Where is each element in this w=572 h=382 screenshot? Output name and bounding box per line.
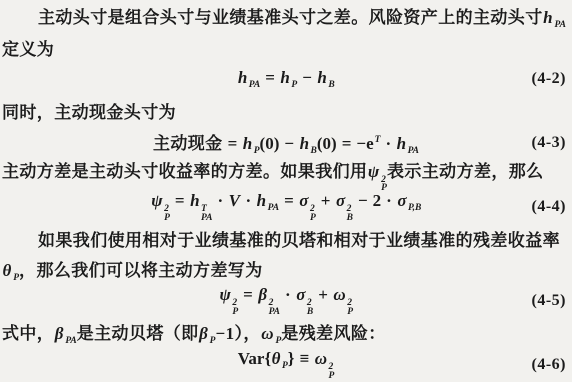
math-token: σ2B [296, 285, 314, 316]
math-token: βP [199, 324, 216, 346]
token-value: ψ [367, 162, 380, 181]
token-value: β [199, 324, 209, 343]
token-value: · [386, 191, 392, 210]
math-token: · [285, 285, 291, 305]
math-token: hB [299, 134, 317, 156]
math-token: Var [238, 349, 265, 369]
math-token: · [246, 191, 252, 211]
subscript: PA [201, 214, 212, 223]
text-line: 同时，主动现金头寸为 [2, 95, 570, 126]
supsub-stack: TPA [201, 205, 212, 222]
equation-body: 主动现金=hP(0)−hB(0)=−eT·hPA [153, 129, 419, 156]
token-value: 定义为 [2, 40, 54, 59]
text-run: 主动头寸是组合头寸与业绩基准头寸之差。风险资产上的主动头寸 [38, 3, 543, 28]
token-value: h [190, 191, 200, 210]
math-token: hPA [256, 191, 279, 213]
text-line-content: 同时，主动现金头寸为 [2, 98, 176, 123]
token-value: ，那么我们可以将主动方差写为 [19, 261, 263, 280]
equation-number: (4-4) [532, 198, 566, 216]
token-value: 2 [373, 191, 382, 210]
token-value: e [366, 134, 374, 153]
text-run: 同时，主动现金头寸为 [2, 98, 176, 123]
token-value: σ [397, 191, 407, 210]
subscript: B [328, 80, 334, 90]
token-value: σ [335, 191, 345, 210]
math-token: − [356, 134, 366, 154]
math-token: · [217, 191, 223, 211]
token-value: θ [2, 261, 12, 280]
text-line-content: θP，那么我们可以将主动方差写为 [2, 256, 263, 283]
token-value: − [358, 191, 368, 210]
text-run: 主动方差是主动头寸收益率的方差。如果我们用 [2, 157, 367, 182]
math-token: hP [280, 68, 297, 90]
token-value: ）， [234, 324, 260, 343]
text-line-content: 主动方差是主动头寸收益率的方差。如果我们用ψ2P 表示主动方差，那么 [2, 157, 544, 193]
token-value: h [299, 134, 309, 153]
text-run: 是残差风险： [281, 319, 385, 344]
text-line-content: 主动头寸是组合头寸与业绩基准头寸之差。风险资产上的主动头寸 hPA [2, 3, 566, 30]
subscript: P [310, 214, 316, 223]
math-token: = [342, 134, 352, 154]
token-value: · [217, 191, 223, 210]
subscript: P [291, 80, 297, 90]
token-value: σ [299, 191, 309, 210]
token-value: h [317, 68, 327, 87]
math-token: } [288, 349, 295, 369]
token-value: ω [333, 285, 346, 304]
equation-number: (4-5) [532, 292, 566, 310]
math-token: σ2B [335, 191, 353, 222]
token-value: ψ [151, 191, 163, 210]
math-token: · [385, 134, 391, 154]
math-token: = [265, 68, 275, 88]
subscript: B [347, 214, 353, 223]
math-token: 2 [373, 191, 382, 211]
supsub-stack: 2PA [269, 299, 280, 316]
text-run: ，那么我们可以将主动方差写为 [19, 256, 263, 281]
token-value: ω [314, 349, 327, 368]
subscript: P,B [408, 203, 421, 213]
math-token: −1 [215, 324, 234, 344]
math-token: − [302, 68, 312, 88]
math-token: hB [317, 68, 335, 90]
math-token: ω2P [314, 349, 334, 380]
token-value: σ [296, 285, 306, 304]
token-value: + [321, 191, 331, 210]
text-line: 主动方差是主动头寸收益率的方差。如果我们用ψ2P 表示主动方差，那么 [2, 159, 570, 190]
math-token: + [321, 191, 331, 211]
equation-number: (4-6) [532, 356, 566, 374]
math-token: − [358, 191, 368, 211]
text-run: 定义为 [2, 35, 54, 60]
token-value: (0) [260, 134, 280, 153]
token-value: · [285, 285, 291, 304]
equation-row: ψ2P=hTPA·V·hPA=σ2P+σ2B−2·σP,B(4-4) [2, 190, 570, 223]
token-value: −1 [215, 324, 234, 343]
token-value: h [396, 134, 406, 153]
equation-row: 主动现金=hP(0)−hB(0)=−eT·hPA(4-3) [2, 126, 570, 159]
math-token: ωP [261, 324, 282, 346]
token-value: ≡ [300, 349, 310, 368]
token-value: h [256, 191, 266, 210]
math-token: hP [242, 134, 259, 156]
math-token: − [284, 134, 294, 154]
equation-row: Var{θP}≡ω2P(4-6) [2, 348, 570, 381]
token-value: = [175, 191, 185, 210]
text-run: 式中， [2, 319, 54, 344]
token-value: = [228, 134, 238, 153]
math-token: (0) [260, 134, 280, 154]
token-value: = [342, 134, 352, 153]
text-run: ）， [234, 319, 260, 344]
supsub-stack: 2P [232, 299, 238, 316]
token-value: + [318, 285, 328, 304]
text-line-content: 式中，βPA是主动贝塔（即βP −1），ωP 是残差风险： [2, 319, 386, 346]
subscript: PA [249, 80, 260, 90]
math-token: ψ2P [219, 285, 238, 316]
supsub-stack: 2P [347, 299, 353, 316]
token-value: = [243, 285, 253, 304]
text-run: 如果我们使用相对于业绩基准的贝塔和相对于业绩基准的残差收益率 [38, 226, 560, 251]
token-value: 同时，主动现金头寸为 [2, 103, 176, 122]
subscript: P [328, 372, 334, 381]
token-value: V [228, 191, 240, 210]
math-token: θP [271, 349, 288, 371]
supsub-stack: 2P [310, 205, 316, 222]
math-token: ψ2P [151, 191, 170, 222]
text-line-content: 如果我们使用相对于业绩基准的贝塔和相对于业绩基准的残差收益率 [2, 226, 560, 251]
token-value: h [237, 68, 247, 87]
token-value: β [54, 324, 64, 343]
token-value: − [302, 68, 312, 87]
token-value: (0) [317, 134, 337, 153]
token-value: 是主动贝塔（即 [77, 324, 199, 343]
token-value: 如果我们使用相对于业绩基准的贝塔和相对于业绩基准的残差收益率 [38, 231, 560, 250]
math-token: V [228, 191, 240, 211]
math-token: = [284, 191, 294, 211]
document-page: 主动头寸是组合头寸与业绩基准头寸之差。风险资产上的主动头寸 hPA定义为hPA=… [0, 0, 572, 382]
text-line: 主动头寸是组合头寸与业绩基准头寸之差。风险资产上的主动头寸 hPA [2, 1, 570, 32]
math-token: ω2P [333, 285, 353, 316]
math-token: β2PA [258, 285, 280, 316]
token-value: } [288, 349, 295, 368]
token-value: 式中， [2, 324, 54, 343]
token-value: 主动头寸是组合头寸与业绩基准头寸之差。风险资产上的主动头寸 [38, 8, 543, 27]
token-value: 是残差风险： [281, 324, 385, 343]
text-run: 是主动贝塔（即 [77, 319, 199, 344]
equation-number: (4-2) [532, 70, 566, 88]
math-token: = [243, 285, 253, 305]
math-token: · [386, 191, 392, 211]
math-token: hPA [396, 134, 419, 156]
math-token: hPA [237, 68, 260, 90]
math-token: (0) [317, 134, 337, 154]
token-value: θ [271, 349, 281, 368]
subscript: PA [408, 146, 419, 156]
math-token: eT [366, 134, 380, 154]
supsub-stack: 2P [328, 363, 334, 380]
math-token: = [228, 134, 238, 154]
math-token: σ2P [299, 191, 316, 222]
subscript: PA [65, 336, 76, 346]
token-value: − [356, 134, 366, 153]
subscript: PA [268, 203, 279, 213]
text-line: 如果我们使用相对于业绩基准的贝塔和相对于业绩基准的残差收益率 [2, 223, 570, 254]
supsub-stack: 2B [307, 299, 313, 316]
subscript: P [347, 308, 353, 317]
equation-body: Var{θP}≡ω2P [238, 349, 335, 380]
text-line: 定义为 [2, 32, 570, 63]
equation-body: ψ2P=β2PA·σ2B+ω2P [219, 285, 353, 316]
supsub-stack: 2B [347, 205, 353, 222]
math-token: + [318, 285, 328, 305]
token-value: · [246, 191, 252, 210]
text-line-content: 定义为 [2, 35, 54, 60]
math-token: θP [2, 261, 19, 283]
supsub-stack: 2P [164, 205, 170, 222]
token-value: { [264, 349, 271, 368]
subscript: P [232, 308, 238, 317]
math-token: ψ2P [367, 162, 387, 193]
subscript: PA [269, 308, 280, 317]
math-token: { [264, 349, 271, 369]
math-token: hTPA [190, 191, 213, 222]
token-value: = [265, 68, 275, 87]
token-value: h [280, 68, 290, 87]
token-value: 主动现金 [153, 134, 223, 153]
equation-number: (4-3) [532, 134, 566, 152]
math-token: ≡ [300, 349, 310, 369]
math-token: σP,B [397, 191, 421, 213]
equation-body: ψ2P=hTPA·V·hPA=σ2P+σ2B−2·σP,B [151, 191, 422, 222]
subscript: P [164, 214, 170, 223]
subscript: B [307, 308, 313, 317]
token-value: 主动方差是主动头寸收益率的方差。如果我们用 [2, 162, 367, 181]
text-line: θP，那么我们可以将主动方差写为 [2, 254, 570, 285]
equation-row: ψ2P=β2PA·σ2B+ω2P(4-5) [2, 285, 570, 318]
superscript: T [375, 135, 381, 145]
token-value: β [258, 285, 268, 304]
text-run: 主动现金 [153, 129, 223, 154]
math-token: βPA [54, 324, 77, 346]
token-value: 表示主动方差，那么 [387, 162, 544, 181]
text-run: 表示主动方差，那么 [387, 157, 544, 182]
token-value: ω [261, 324, 275, 343]
token-value: · [385, 134, 391, 153]
token-value: h [543, 8, 554, 27]
token-value: h [242, 134, 252, 153]
token-value: ψ [219, 285, 231, 304]
text-line: 式中，βPA是主动贝塔（即βP −1），ωP 是残差风险： [2, 317, 570, 348]
subscript: PA [554, 20, 565, 30]
math-token: hPA [543, 8, 566, 30]
math-token: = [175, 191, 185, 211]
token-value: Var [238, 349, 265, 368]
equation-row: hPA=hP−hB(4-2) [2, 63, 570, 96]
token-value: − [284, 134, 294, 153]
equation-body: hPA=hP−hB [237, 68, 334, 90]
token-value: = [284, 191, 294, 210]
